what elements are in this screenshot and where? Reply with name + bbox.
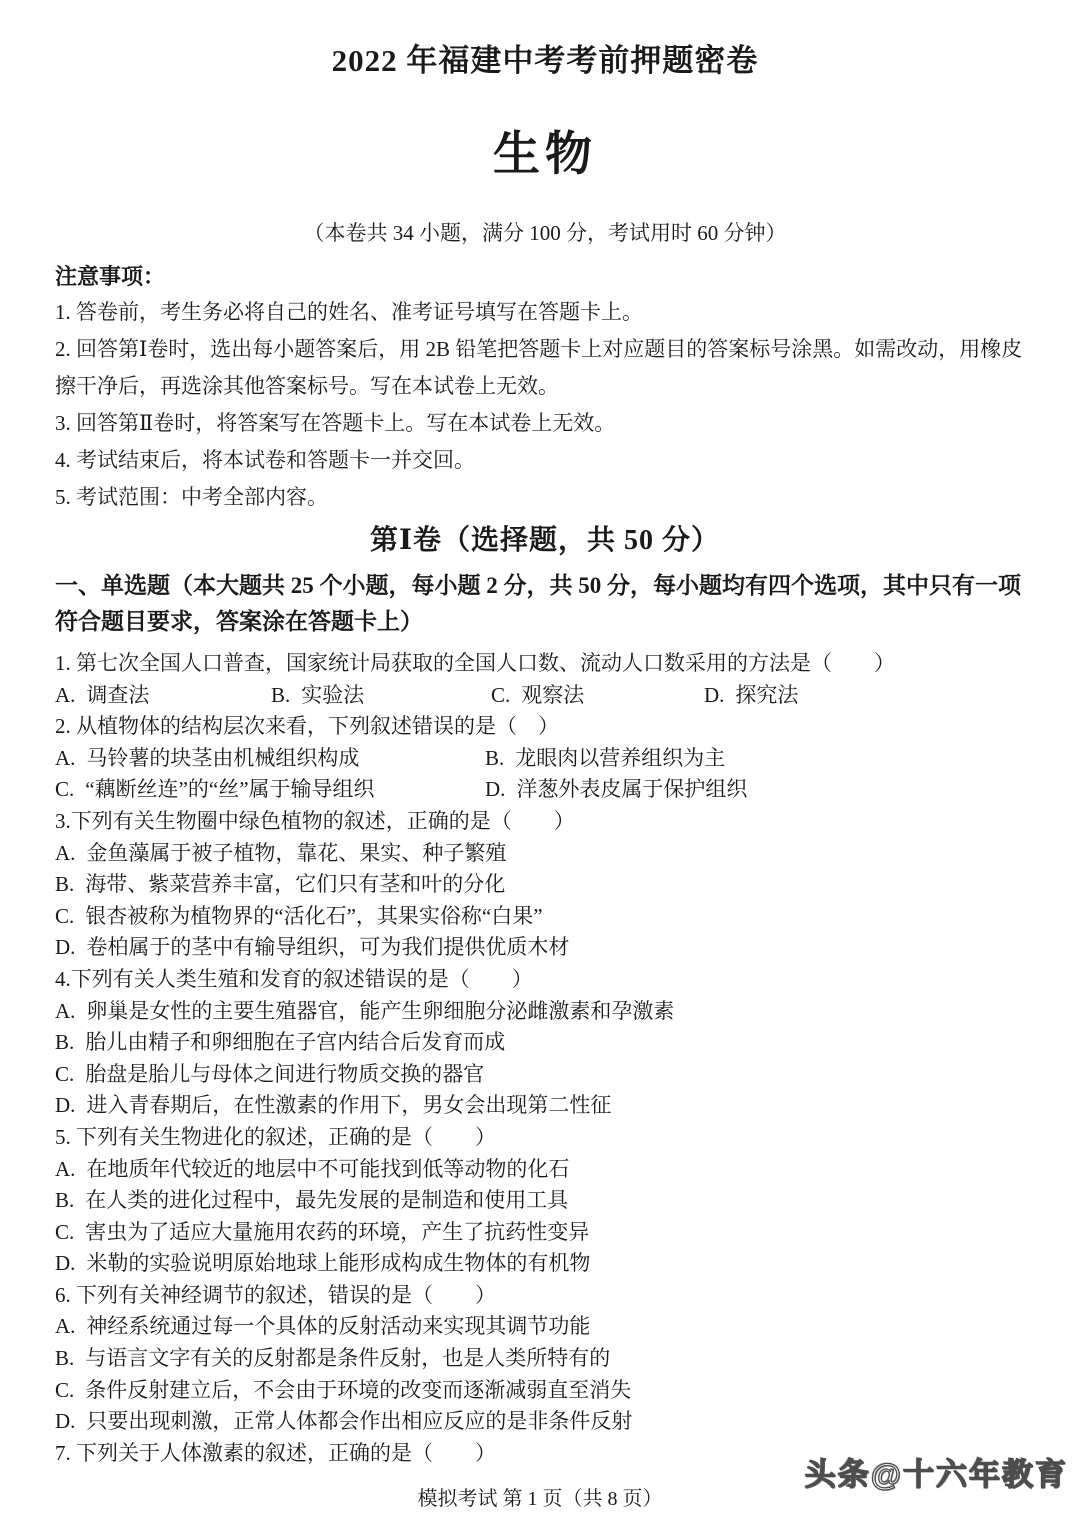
option-text: 进入青春期后，在性激素的作用下，男女会出现第二性征 [86,1093,611,1117]
option-text: 卵巢是女性的主要生殖器官，能产生卵细胞分泌雌激素和孕激素 [86,999,674,1023]
option-label: D. [55,935,75,959]
option-label: D. [485,777,505,801]
option-text: 探究法 [735,683,798,707]
section-title: 第Ⅰ卷（选择题，共 50 分） [55,520,1035,562]
option-text: 胎儿由精子和卵细胞在子宫内结合后发育而成 [85,1030,505,1054]
option-label: B. [485,746,504,770]
option-label: B. [55,1188,74,1212]
question-stem: 6. 下列有关神经调节的叙述，错误的是（ ） [55,1280,1035,1312]
exam-info-line: （本卷共 34 小题，满分 100 分，考试用时 60 分钟） [55,218,1035,248]
question-options: A.金鱼藻属于被子植物，靠花、果实、种子繁殖B.海带、紫菜营养丰富，它们只有茎和… [55,838,1035,964]
notice-item: 1. 答卷前，考生务必将自己的姓名、准考证号填写在答题卡上。 [55,294,1035,331]
option-text: 胎盘是胎儿与母体之间进行物质交换的器官 [85,1062,484,1086]
subject-title: 生物 [55,126,1035,182]
question-options: A.马铃薯的块茎由机械组织构成B.龙眼肉以营养组织为主C.“藕断丝连”的“丝”属… [55,743,1035,806]
question-option: B.实验法 [271,680,491,712]
question-option: C.条件反射建立后，不会由于环境的改变而逐渐减弱直至消失 [55,1375,1035,1407]
option-label: C. [55,1378,74,1402]
section-intro: 一、单选题（本大题共 25 个小题，每小题 2 分，共 50 分，每小题均有四个… [55,568,1035,640]
option-text: 条件反射建立后，不会由于环境的改变而逐渐减弱直至消失 [85,1378,631,1402]
question-option: C.胎盘是胎儿与母体之间进行物质交换的器官 [55,1059,1035,1091]
option-label: A. [55,1314,75,1338]
question-options: A.调查法B.实验法C.观察法D.探究法 [55,680,1035,712]
question-option: A.金鱼藻属于被子植物，靠花、果实、种子繁殖 [55,838,1035,870]
question-block: 4.下列有关人类生殖和发育的叙述错误的是（ ）A.卵巢是女性的主要生殖器官，能产… [55,964,1035,1122]
question-option: D.米勒的实验说明原始地球上能形成构成生物体的有机物 [55,1248,1035,1280]
option-text: 卷柏属于的茎中有输导组织，可为我们提供优质木材 [86,935,569,959]
option-label: B. [55,872,74,896]
option-label: B. [55,1030,74,1054]
question-block: 5. 下列有关生物进化的叙述，正确的是（ ）A.在地质年代较近的地层中不可能找到… [55,1122,1035,1280]
option-label: C. [491,683,510,707]
question-stem: 5. 下列有关生物进化的叙述，正确的是（ ） [55,1122,1035,1154]
question-option: B.与语言文字有关的反射都是条件反射，也是人类所特有的 [55,1343,1035,1375]
question-option: B.龙眼肉以营养组织为主 [485,743,1035,775]
question-option: C.害虫为了适应大量施用农药的环境，产生了抗药性变异 [55,1217,1035,1249]
option-text: 只要出现刺激，正常人体都会作出相应反应的是非条件反射 [86,1409,632,1433]
option-label: C. [55,904,74,928]
question-block: 3.下列有关生物圈中绿色植物的叙述，正确的是（ ）A.金鱼藻属于被子植物，靠花、… [55,806,1035,964]
question-options: A.神经系统通过每一个具体的反射活动来实现其调节功能B.与语言文字有关的反射都是… [55,1311,1035,1437]
page-title: 2022 年福建中考考前押题密卷 [55,40,1035,82]
question-list: 1. 第七次全国人口普查，国家统计局获取的全国人口数、流动人口数采用的方法是（ … [55,648,1035,1469]
question-block: 6. 下列有关神经调节的叙述，错误的是（ ）A.神经系统通过每一个具体的反射活动… [55,1280,1035,1438]
option-label: A. [55,1157,75,1181]
option-text: 马铃薯的块茎由机械组织构成 [86,746,359,770]
option-text: “藕断丝连”的“丝”属于输导组织 [85,777,374,801]
question-option: C.“藕断丝连”的“丝”属于输导组织 [55,774,485,806]
option-text: 海带、紫菜营养丰富，它们只有茎和叶的分化 [85,872,505,896]
option-label: A. [55,999,75,1023]
notice-item: 3. 回答第Ⅱ卷时，将答案写在答题卡上。写在本试卷上无效。 [55,405,1035,442]
question-option: D.进入青春期后，在性激素的作用下，男女会出现第二性征 [55,1090,1035,1122]
notice-list: 1. 答卷前，考生务必将自己的姓名、准考证号填写在答题卡上。2. 回答第Ⅰ卷时，… [55,294,1035,516]
option-text: 害虫为了适应大量施用农药的环境，产生了抗药性变异 [85,1220,589,1244]
option-text: 观察法 [521,683,584,707]
option-label: B. [271,683,290,707]
option-label: A. [55,683,75,707]
exam-paper-page: 2022 年福建中考考前押题密卷 生物 （本卷共 34 小题，满分 100 分，… [0,0,1080,1520]
question-block: 1. 第七次全国人口普查，国家统计局获取的全国人口数、流动人口数采用的方法是（ … [55,648,1035,711]
watermark: 头条@十六年教育 [805,1449,1068,1494]
option-text: 在地质年代较近的地层中不可能找到低等动物的化石 [86,1157,569,1181]
option-label: C. [55,1220,74,1244]
question-option: A.马铃薯的块茎由机械组织构成 [55,743,485,775]
question-option: A.神经系统通过每一个具体的反射活动来实现其调节功能 [55,1311,1035,1343]
option-text: 银杏被称为植物界的“活化石”，其果实俗称“白果” [85,904,542,928]
question-stem: 2. 从植物体的结构层次来看，下列叙述错误的是（ ） [55,711,1035,743]
option-label: A. [55,746,75,770]
question-option: C.观察法 [491,680,704,712]
option-label: D. [55,1251,75,1275]
notice-item: 2. 回答第Ⅰ卷时，选出每小题答案后，用 2B 铅笔把答题卡上对应题目的答案标号… [55,331,1035,405]
option-text: 洋葱外表皮属于保护组织 [516,777,747,801]
option-text: 金鱼藻属于被子植物，靠花、果实、种子繁殖 [86,841,506,865]
option-text: 与语言文字有关的反射都是条件反射，也是人类所特有的 [85,1346,610,1370]
question-option: D.卷柏属于的茎中有输导组织，可为我们提供优质木材 [55,932,1035,964]
question-stem: 4.下列有关人类生殖和发育的叙述错误的是（ ） [55,964,1035,996]
question-options: A.卵巢是女性的主要生殖器官，能产生卵细胞分泌雌激素和孕激素B.胎儿由精子和卵细… [55,996,1035,1122]
question-option: A.卵巢是女性的主要生殖器官，能产生卵细胞分泌雌激素和孕激素 [55,996,1035,1028]
question-stem: 1. 第七次全国人口普查，国家统计局获取的全国人口数、流动人口数采用的方法是（ … [55,648,1035,680]
question-options: A.在地质年代较近的地层中不可能找到低等动物的化石B.在人类的进化过程中，最先发… [55,1154,1035,1280]
notice-item: 4. 考试结束后，将本试卷和答题卡一并交回。 [55,442,1035,479]
question-block: 2. 从植物体的结构层次来看，下列叙述错误的是（ ）A.马铃薯的块茎由机械组织构… [55,711,1035,806]
option-label: D. [704,683,724,707]
option-text: 在人类的进化过程中，最先发展的是制造和使用工具 [85,1188,568,1212]
question-option: B.胎儿由精子和卵细胞在子宫内结合后发育而成 [55,1027,1035,1059]
question-option: D.洋葱外表皮属于保护组织 [485,774,1035,806]
option-text: 龙眼肉以营养组织为主 [515,746,725,770]
option-text: 米勒的实验说明原始地球上能形成构成生物体的有机物 [86,1251,590,1275]
option-text: 神经系统通过每一个具体的反射活动来实现其调节功能 [86,1314,590,1338]
option-label: A. [55,841,75,865]
option-label: D. [55,1093,75,1117]
option-text: 调查法 [86,683,149,707]
option-label: C. [55,777,74,801]
question-option: D.只要出现刺激，正常人体都会作出相应反应的是非条件反射 [55,1406,1035,1438]
question-option: A.在地质年代较近的地层中不可能找到低等动物的化石 [55,1154,1035,1186]
question-option: D.探究法 [704,680,1035,712]
question-stem: 3.下列有关生物圈中绿色植物的叙述，正确的是（ ） [55,806,1035,838]
notice-title: 注意事项： [55,260,1035,294]
option-label: B. [55,1346,74,1370]
question-option: B.海带、紫菜营养丰富，它们只有茎和叶的分化 [55,869,1035,901]
option-text: 实验法 [301,683,364,707]
question-option: A.调查法 [55,680,271,712]
option-label: D. [55,1409,75,1433]
notice-item: 5. 考试范围：中考全部内容。 [55,479,1035,516]
question-option: B.在人类的进化过程中，最先发展的是制造和使用工具 [55,1185,1035,1217]
option-label: C. [55,1062,74,1086]
question-option: C.银杏被称为植物界的“活化石”，其果实俗称“白果” [55,901,1035,933]
